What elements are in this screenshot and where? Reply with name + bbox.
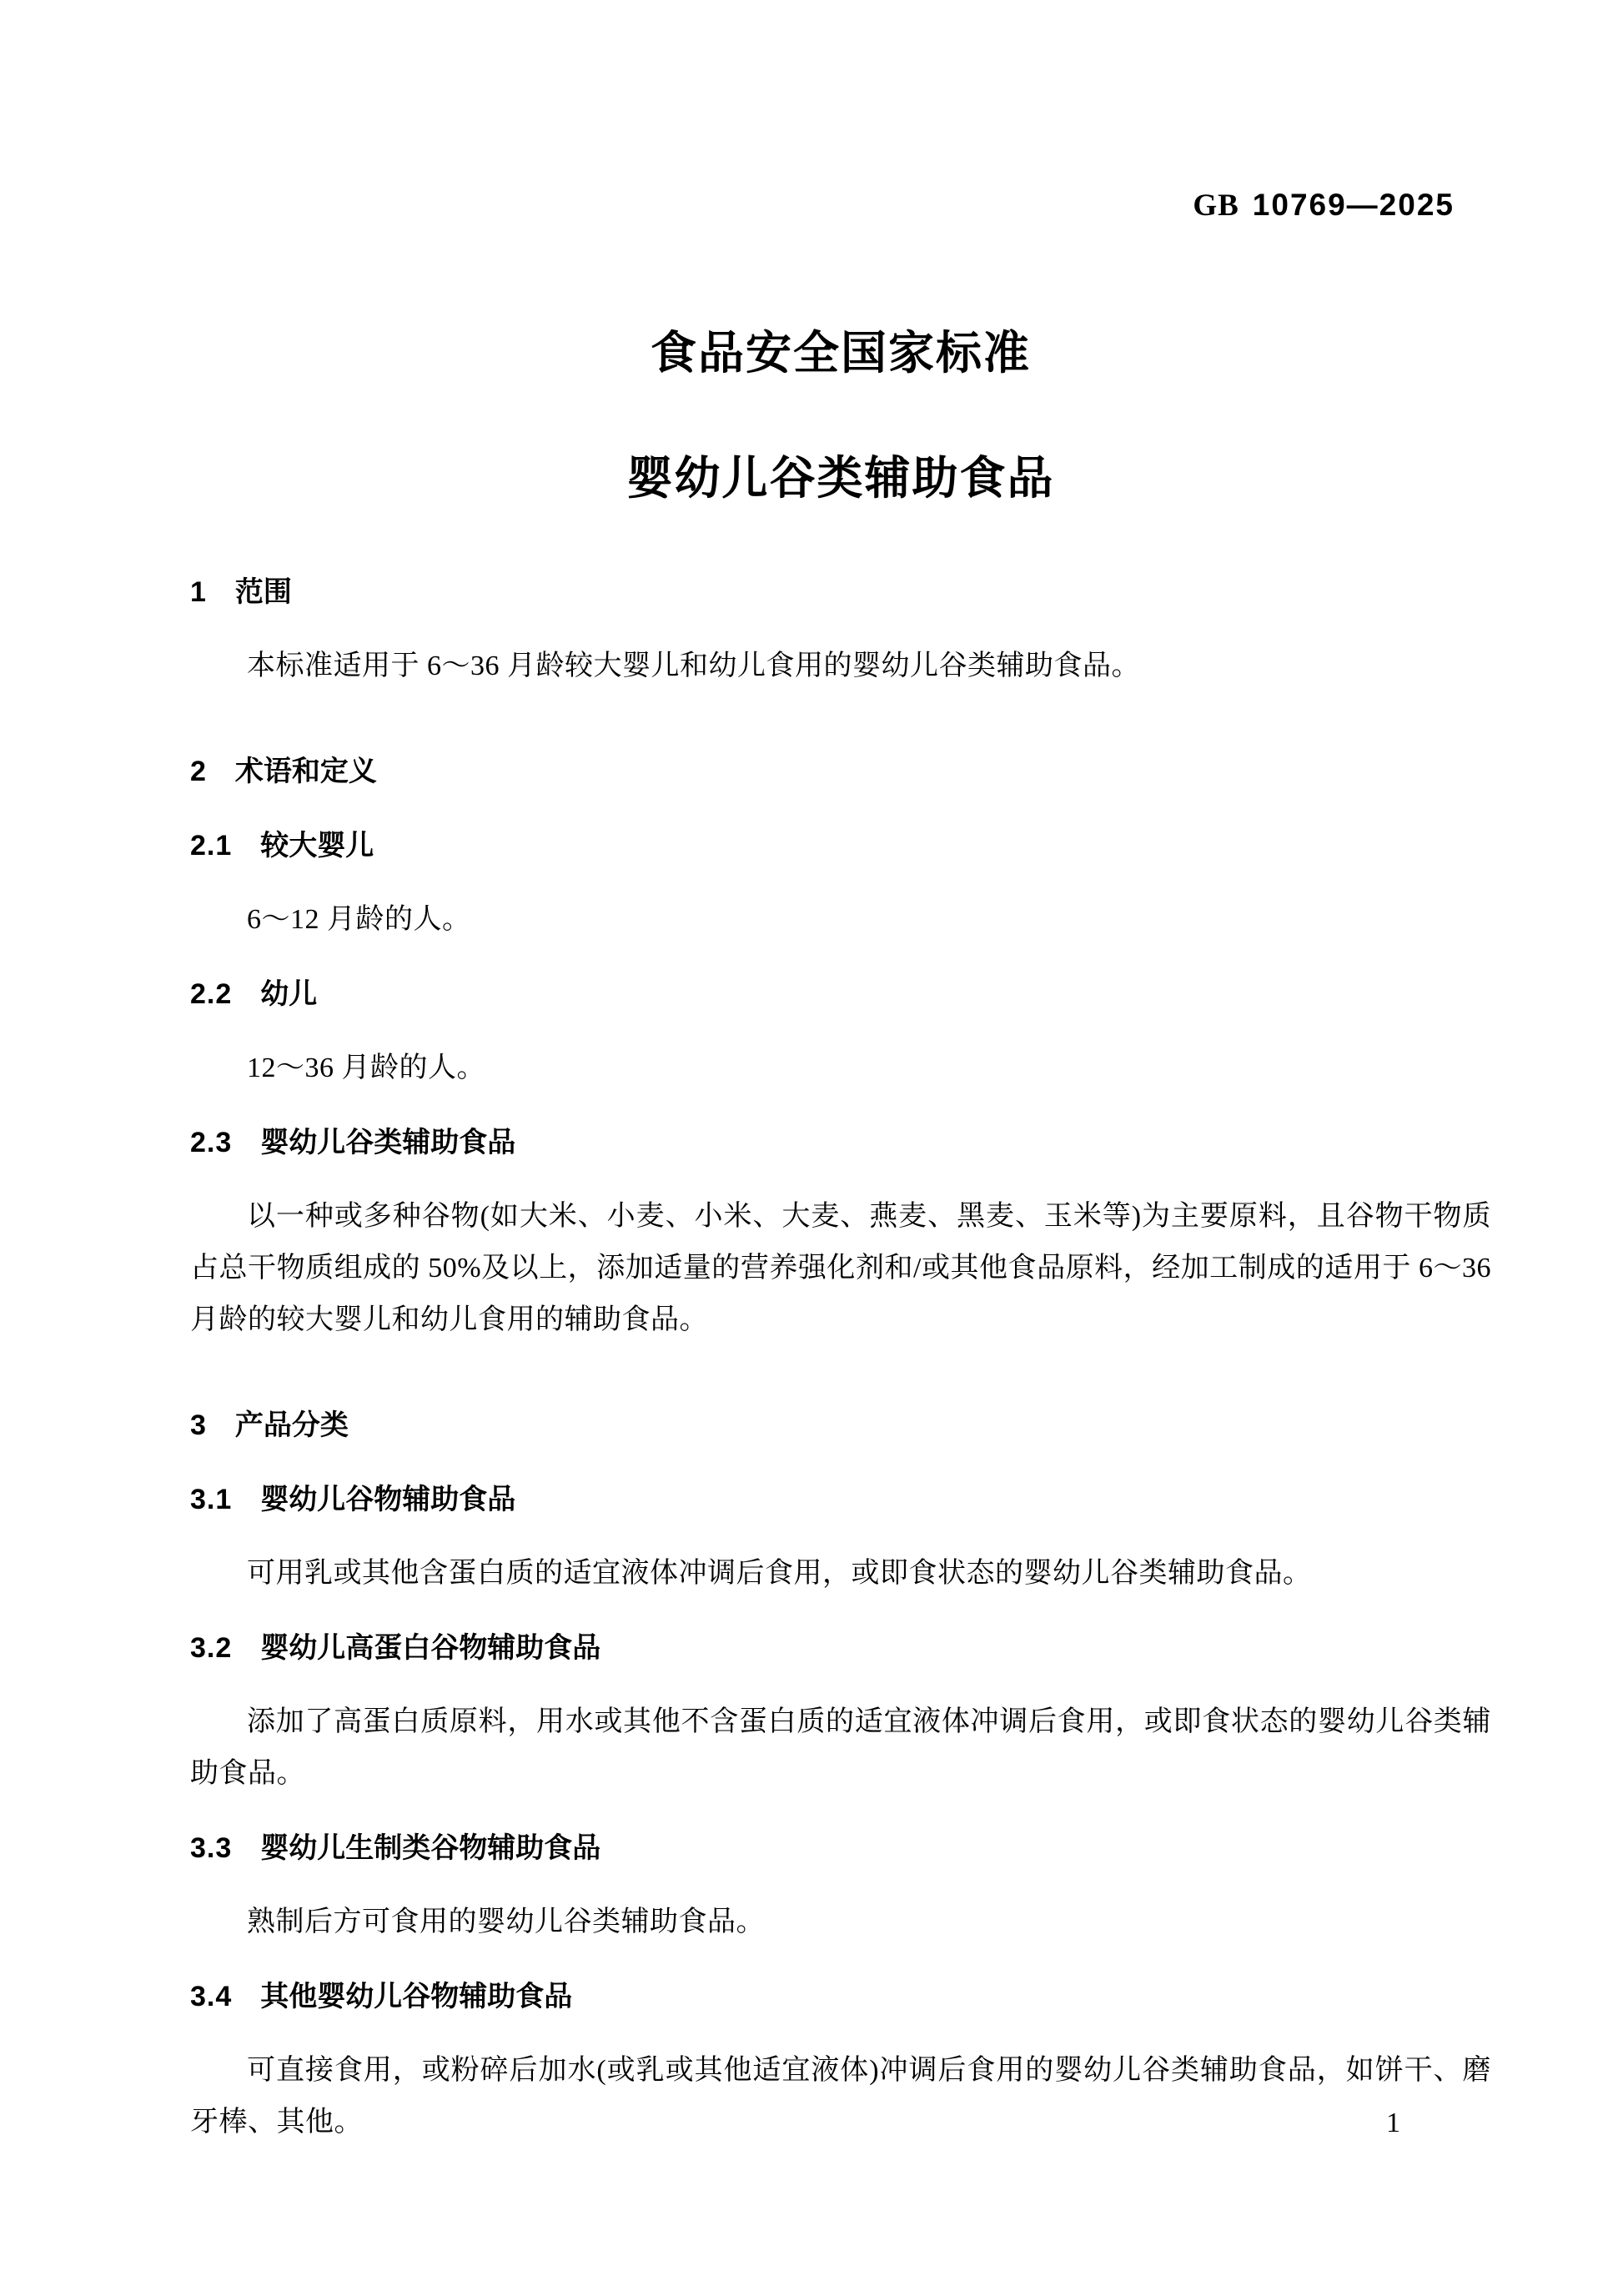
clause-number: 3 — [190, 1399, 207, 1451]
clause-number: 2.3 — [190, 1117, 232, 1168]
clause-number: 2.1 — [190, 820, 232, 872]
subclause-heading: 3.1婴幼儿谷物辅助食品 — [190, 1474, 1491, 1525]
clause-number: 1 — [190, 566, 207, 618]
clause-title: 产品分类 — [235, 1409, 349, 1441]
standard-code-prefix: GB — [1193, 188, 1239, 223]
clause-title: 范围 — [235, 576, 292, 608]
clause-title: 婴幼儿生制类谷物辅助食品 — [260, 1832, 600, 1864]
paragraph: 以一种或多种谷物(如大米、小麦、小米、大麦、燕麦、黑麦、玉米等)为主要原料，且谷… — [190, 1191, 1491, 1346]
document-body: 1范围本标准适用于 6～36 月龄较大婴儿和幼儿食用的婴幼儿谷类辅助食品。2术语… — [190, 566, 1491, 2148]
paragraph: 12～36 月龄的人。 — [190, 1042, 1491, 1094]
clause-title: 术语和定义 — [235, 756, 377, 787]
paragraph: 可直接食用，或粉碎后加水(或乳或其他适宜液体)冲调后食用的婴幼儿谷类辅助食品，如… — [190, 2045, 1491, 2148]
clause-heading: 2术语和定义 — [190, 746, 1491, 797]
clause-number: 3.1 — [190, 1474, 232, 1525]
paragraph: 本标准适用于 6～36 月龄较大婴儿和幼儿食用的婴幼儿谷类辅助食品。 — [190, 641, 1491, 692]
clause-number: 2 — [190, 746, 207, 797]
clause-number: 3.3 — [190, 1822, 232, 1874]
standard-code-number: 10769—2025 — [1253, 188, 1455, 222]
clause-title: 其他婴幼儿谷物辅助食品 — [260, 1981, 572, 2012]
document-title-line2: 婴幼儿谷类辅助食品 — [190, 453, 1491, 503]
subclause-heading: 3.3婴幼儿生制类谷物辅助食品 — [190, 1822, 1491, 1874]
document-page: GB10769—2025 食品安全国家标准 婴幼儿谷类辅助食品 1范围本标准适用… — [0, 0, 1623, 2296]
clause-title: 婴幼儿谷物辅助食品 — [260, 1484, 515, 1515]
clause-number: 3.2 — [190, 1622, 232, 1674]
subclause-heading: 3.2婴幼儿高蛋白谷物辅助食品 — [190, 1622, 1491, 1674]
clause-number: 3.4 — [190, 1971, 232, 2022]
paragraph: 熟制后方可食用的婴幼儿谷类辅助食品。 — [190, 1897, 1491, 1948]
standard-code: GB10769—2025 — [190, 188, 1491, 223]
subclause-heading: 2.3婴幼儿谷类辅助食品 — [190, 1117, 1491, 1168]
clause-heading: 1范围 — [190, 566, 1491, 618]
subclause-heading: 2.2幼儿 — [190, 968, 1491, 1020]
paragraph: 添加了高蛋白质原料，用水或其他不含蛋白质的适宜液体冲调后食用，或即食状态的婴幼儿… — [190, 1696, 1491, 1800]
clause-heading: 3产品分类 — [190, 1399, 1491, 1451]
page-number: 1 — [1386, 2107, 1400, 2140]
paragraph: 6～12 月龄的人。 — [190, 894, 1491, 946]
paragraph: 可用乳或其他含蛋白质的适宜液体冲调后食用，或即食状态的婴幼儿谷类辅助食品。 — [190, 1548, 1491, 1600]
clause-title: 较大婴儿 — [260, 830, 374, 862]
clause-title: 婴幼儿高蛋白谷物辅助食品 — [260, 1632, 600, 1664]
clause-number: 2.2 — [190, 968, 232, 1020]
clause-title: 幼儿 — [260, 978, 317, 1010]
document-title-line1: 食品安全国家标准 — [190, 328, 1491, 378]
subclause-heading: 2.1较大婴儿 — [190, 820, 1491, 872]
clause-title: 婴幼儿谷类辅助食品 — [260, 1127, 515, 1158]
subclause-heading: 3.4其他婴幼儿谷物辅助食品 — [190, 1971, 1491, 2022]
